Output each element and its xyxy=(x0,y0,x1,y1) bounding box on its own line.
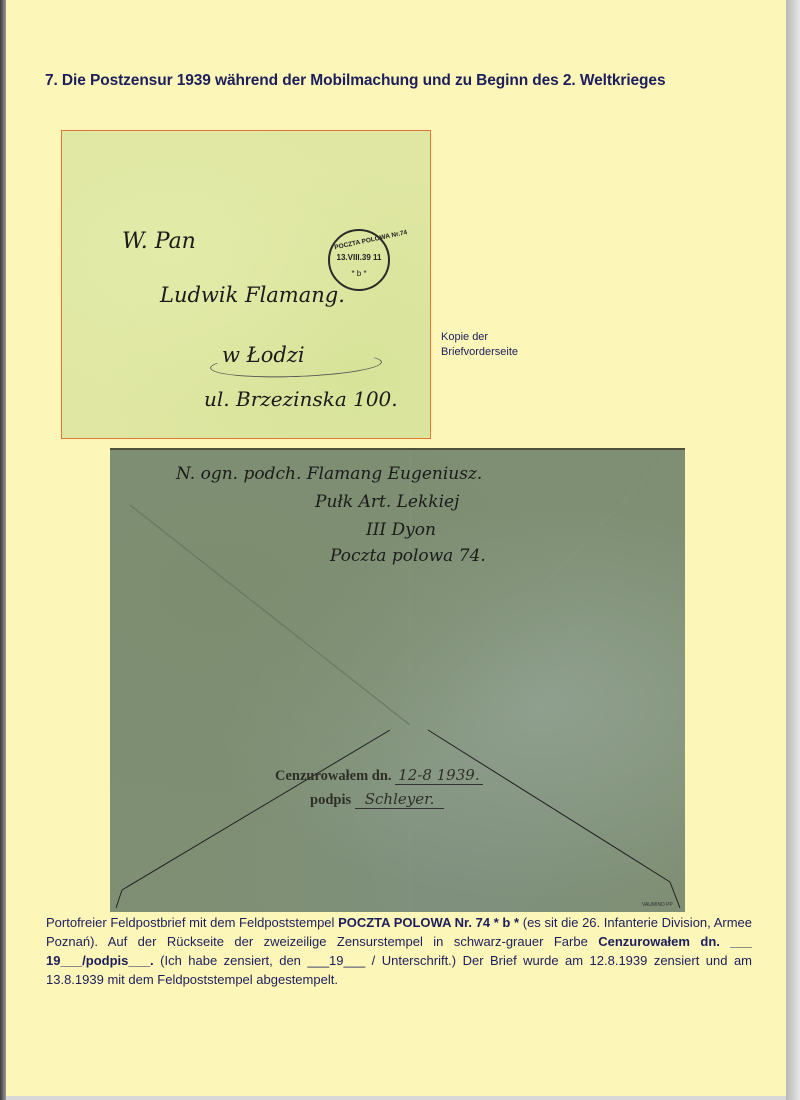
maker-mark: VAUMIND PP xyxy=(642,902,673,908)
front-caption-line-2: Briefvorderseite xyxy=(441,345,518,360)
censor-signature: Schleyer. xyxy=(355,790,445,809)
postmark-sub: * b * xyxy=(330,269,388,278)
sender-line-4: Poczta polowa 74. xyxy=(330,546,486,566)
description-text: Portofreier Feldpostbrief mit dem Feldpo… xyxy=(46,913,752,989)
postmark-date: 13.VIII.39 11 xyxy=(336,253,382,262)
front-caption: Kopie der Briefvorderseite xyxy=(441,330,518,360)
front-caption-line-1: Kopie der xyxy=(441,330,518,345)
sender-line-3: III Dyon xyxy=(366,520,436,540)
sender-line-2: Pułk Art. Lekkiej xyxy=(315,492,459,512)
censor-stamp-line-1: Cenzurowałem dn. 12-8 1939. xyxy=(275,766,483,785)
postmark-name: POCZTA POLOWA Nr. 74 * b * xyxy=(338,915,519,930)
sender-line-1: N. ogn. podch. Flamang Eugeniusz. xyxy=(176,464,482,484)
signature-label: podpis xyxy=(310,792,351,808)
description-part: Portofreier Feldpostbrief mit dem Feldpo… xyxy=(46,915,338,930)
scan-right-edge xyxy=(786,0,800,1100)
censor-stamp-line-2: podpis Schleyer. xyxy=(310,790,444,809)
censor-date: 12-8 1939. xyxy=(395,766,482,785)
address-line-4: ul. Brzezinska 100. xyxy=(204,387,398,411)
address-line-2: Ludwik Flamang. xyxy=(160,283,345,307)
envelope-back-image: N. ogn. podch. Flamang Eugeniusz. Pułk A… xyxy=(110,448,685,912)
field-post-postmark: POCZTA POLOWA Nr.74 13.VIII.39 11 * b * xyxy=(328,229,390,291)
envelope-front-image: W. Pan Ludwik Flamang. w Łodzi ul. Brzez… xyxy=(61,130,431,439)
censor-label: Cenzurowałem dn. xyxy=(275,768,392,784)
address-line-3: w Łodzi xyxy=(222,343,305,367)
postmark-arc-text: POCZTA POLOWA Nr.74 xyxy=(334,234,386,252)
address-line-1: W. Pan xyxy=(122,229,196,254)
page-title: 7. Die Postzensur 1939 während der Mobil… xyxy=(45,72,665,90)
